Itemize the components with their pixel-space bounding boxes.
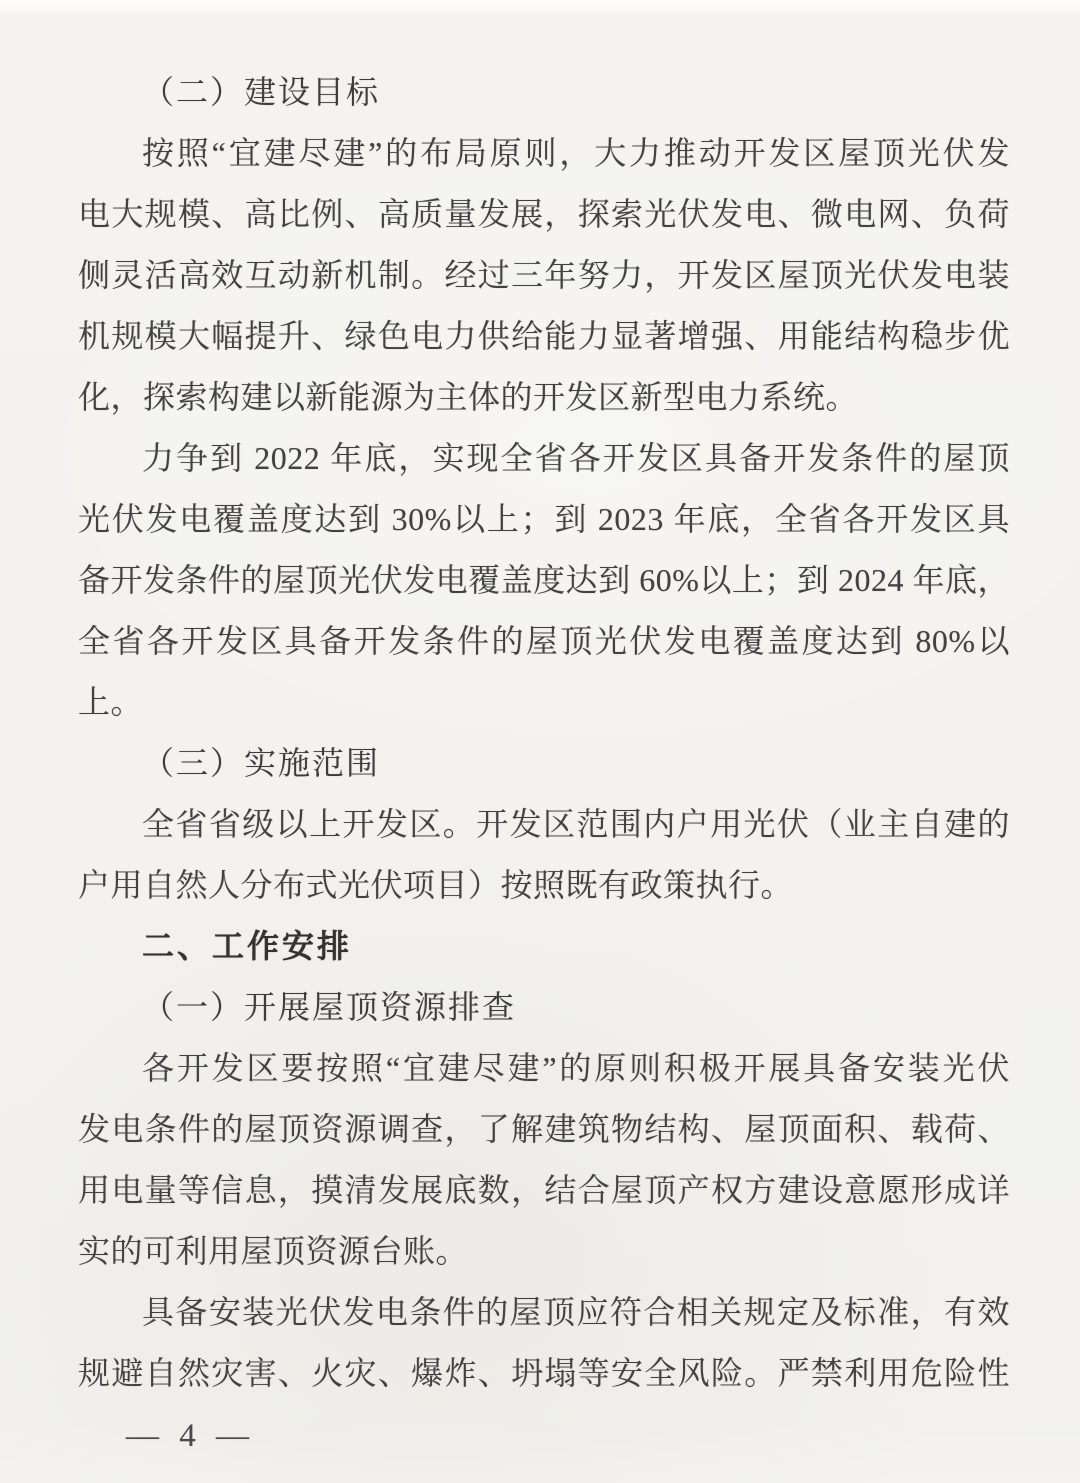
text-line: 实的可利用屋顶资源台账。 — [78, 1221, 1010, 1282]
section-heading: 二、工作安排 — [78, 916, 1010, 977]
text-line: 化，探索构建以新能源为主体的开发区新型电力系统。 — [78, 367, 1010, 428]
paragraph: 力争到 2022 年底，实现全省各开发区具备开发条件的屋顶光伏发电覆盖度达到 3… — [78, 428, 1010, 733]
document-content: （二）建设目标按照“宜建尽建”的布局原则，大力推动开发区屋顶光伏发电大规模、高比… — [78, 62, 1010, 1404]
text-line: 全省各开发区具备开发条件的屋顶光伏发电覆盖度达到 80%以 — [78, 611, 1010, 672]
text-line: 按照“宜建尽建”的布局原则，大力推动开发区屋顶光伏发 — [78, 123, 1010, 184]
text-line: 规避自然灾害、火灾、爆炸、坍塌等安全风险。严禁利用危险性 — [78, 1343, 1010, 1404]
scanned-document-page: （二）建设目标按照“宜建尽建”的布局原则，大力推动开发区屋顶光伏发电大规模、高比… — [0, 0, 1080, 1483]
sub-heading: （三）实施范围 — [78, 733, 1010, 794]
text-line: 机规模大幅提升、绿色电力供给能力显著增强、用能结构稳步优 — [78, 306, 1010, 367]
text-line: 全省省级以上开发区。开发区范围内户用光伏（业主自建的 — [78, 794, 1010, 855]
paragraph: 按照“宜建尽建”的布局原则，大力推动开发区屋顶光伏发电大规模、高比例、高质量发展… — [78, 123, 1010, 428]
paragraph: 具备安装光伏发电条件的屋顶应符合相关规定及标准，有效规避自然灾害、火灾、爆炸、坍… — [78, 1282, 1010, 1404]
text-line: 侧灵活高效互动新机制。经过三年努力，开发区屋顶光伏发电装 — [78, 245, 1010, 306]
sub-heading: （二）建设目标 — [78, 62, 1010, 123]
text-line: 发电条件的屋顶资源调查，了解建筑物结构、屋顶面积、载荷、 — [78, 1099, 1010, 1160]
text-line: 电大规模、高比例、高质量发展，探索光伏发电、微电网、负荷 — [78, 184, 1010, 245]
text-line: 户用自然人分布式光伏项目）按照既有政策执行。 — [78, 855, 1010, 916]
text-line: 光伏发电覆盖度达到 30%以上；到 2023 年底，全省各开发区具 — [78, 489, 1010, 550]
text-line: 各开发区要按照“宜建尽建”的原则积极开展具备安装光伏 — [78, 1038, 1010, 1099]
text-line: 用电量等信息，摸清发展底数，结合屋顶产权方建设意愿形成详 — [78, 1160, 1010, 1221]
text-line: 上。 — [78, 672, 1010, 733]
page-number: — 4 — — [126, 1412, 255, 1460]
text-line: 具备安装光伏发电条件的屋顶应符合相关规定及标准，有效 — [78, 1282, 1010, 1343]
text-line: 力争到 2022 年底，实现全省各开发区具备开发条件的屋顶 — [78, 428, 1010, 489]
paragraph: 各开发区要按照“宜建尽建”的原则积极开展具备安装光伏发电条件的屋顶资源调查，了解… — [78, 1038, 1010, 1282]
text-line: 备开发条件的屋顶光伏发电覆盖度达到 60%以上；到 2024 年底， — [78, 550, 1010, 611]
sub-heading: （一）开展屋顶资源排查 — [78, 977, 1010, 1038]
paragraph: 全省省级以上开发区。开发区范围内户用光伏（业主自建的户用自然人分布式光伏项目）按… — [78, 794, 1010, 916]
